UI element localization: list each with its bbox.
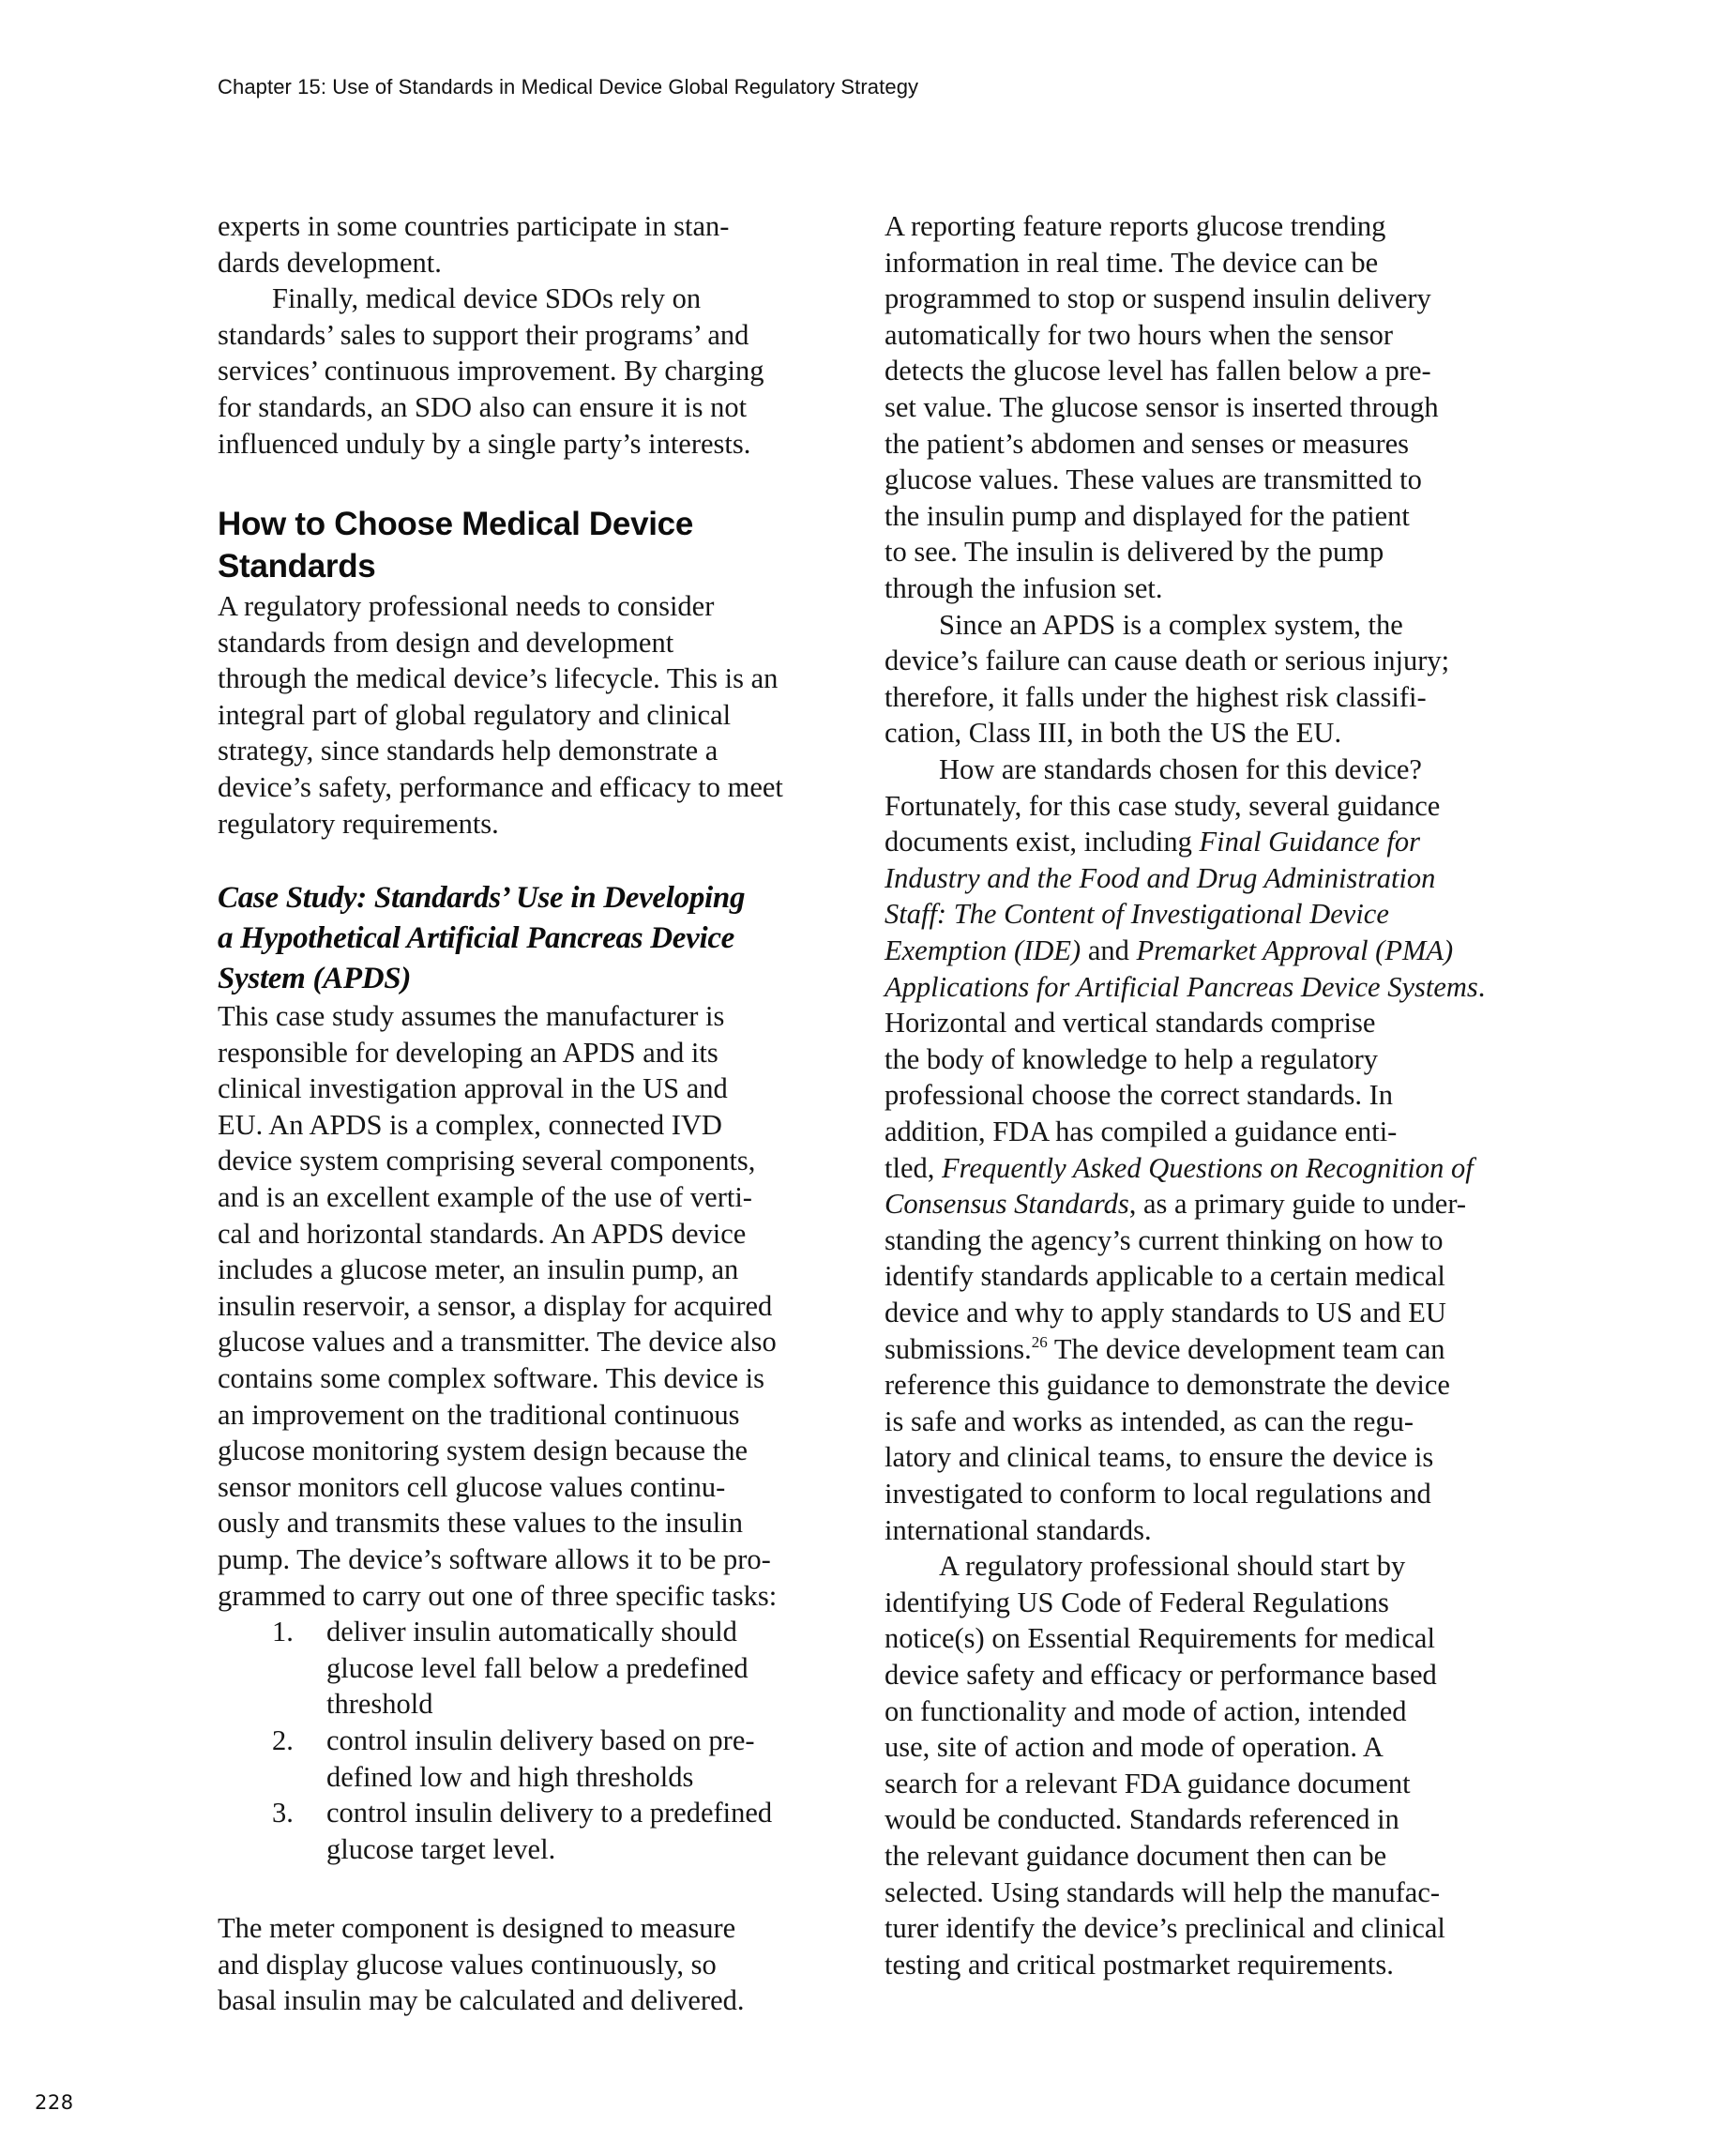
page-number: 228: [35, 2091, 74, 2114]
text-line: How are standards chosen for this device…: [939, 752, 1422, 788]
text-line: automatically for two hours when the sen…: [885, 317, 1393, 354]
heading-line: How to Choose Medical Device: [218, 503, 693, 545]
text-line: control insulin delivery based on pre-: [326, 1723, 755, 1759]
text-line: Since an APDS is a complex system, the: [939, 607, 1403, 644]
text-line: threshold: [326, 1686, 433, 1723]
text-line: standards’ sales to support their progra…: [218, 317, 749, 354]
guidance-title-italic: Consensus Standards: [885, 1188, 1129, 1220]
guidance-title-italic: Staff: The Content of Investigational De…: [885, 896, 1389, 933]
guidance-title-italic: Final Guidance for: [1199, 826, 1420, 858]
text-line: device’s safety, performance and efficac…: [218, 769, 783, 806]
text-line: regulatory requirements.: [218, 806, 499, 843]
text-line: includes a glucose meter, an insulin pum…: [218, 1252, 738, 1288]
guidance-title-italic: Frequently Asked Questions on Recognitio…: [942, 1152, 1474, 1184]
text-line: cation, Class III, in both the US the EU…: [885, 715, 1341, 752]
text-line: Horizontal and vertical standards compri…: [885, 1005, 1375, 1041]
text-line: notice(s) on Essential Requirements for …: [885, 1620, 1435, 1657]
text-line: basal insulin may be calculated and deli…: [218, 1982, 745, 2019]
guidance-title-italic: Premarket Approval (PMA): [1136, 934, 1453, 966]
text-line: device safety and efficacy or performanc…: [885, 1657, 1437, 1693]
text-line: identifying US Code of Federal Regulatio…: [885, 1585, 1389, 1621]
guidance-title-italic: Applications for Artificial Pancreas Dev…: [885, 971, 1478, 1003]
guidance-title-italic: Industry and the Food and Drug Administr…: [885, 860, 1435, 897]
text-line: would be conducted. Standards referenced…: [885, 1801, 1399, 1838]
text-line: turer identify the device’s preclinical …: [885, 1910, 1445, 1947]
text-line: insulin reservoir, a sensor, a display f…: [218, 1288, 772, 1325]
text-line: The meter component is designed to measu…: [218, 1910, 735, 1947]
text-line: the insulin pump and displayed for the p…: [885, 498, 1410, 535]
text-run: tled,: [885, 1152, 942, 1184]
text-line: device system comprising several compone…: [218, 1143, 755, 1179]
text-line: documents exist, including Final Guidanc…: [885, 824, 1420, 860]
text-line: dards development.: [218, 245, 442, 281]
text-line: control insulin delivery to a predefined: [326, 1795, 772, 1831]
text-line: and is an excellent example of the use o…: [218, 1179, 752, 1216]
text-line: device and why to apply standards to US …: [885, 1295, 1446, 1331]
list-number: 3.: [272, 1795, 294, 1831]
text-line: cal and horizontal standards. An APDS de…: [218, 1216, 746, 1253]
text-line: glucose target level.: [326, 1831, 555, 1868]
text-line: glucose level fall below a predefined: [326, 1650, 749, 1687]
footnote-reference[interactable]: 26: [1032, 1333, 1048, 1351]
text-line: defined low and high thresholds: [326, 1759, 693, 1796]
text-line: ously and transmits these values to the …: [218, 1505, 743, 1541]
text-line: experts in some countries participate in…: [218, 208, 729, 245]
text-line: for standards, an SDO also can ensure it…: [218, 389, 747, 426]
text-line: clinical investigation approval in the U…: [218, 1070, 728, 1107]
list-number: 2.: [272, 1723, 294, 1759]
text-line: addition, FDA has compiled a guidance en…: [885, 1114, 1397, 1150]
text-line: device’s failure can cause death or seri…: [885, 643, 1449, 679]
text-line: identify standards applicable to a certa…: [885, 1258, 1445, 1295]
heading-line: Case Study: Standards’ Use in Developing: [218, 878, 745, 919]
text-run: and: [1081, 934, 1136, 966]
text-line: is safe and works as intended, as can th…: [885, 1404, 1414, 1440]
text-run: documents exist, including: [885, 826, 1199, 858]
text-line: glucose values. These values are transmi…: [885, 462, 1422, 498]
text-line: reference this guidance to demonstrate t…: [885, 1367, 1450, 1404]
text-line: standards from design and development: [218, 625, 673, 661]
text-line: search for a relevant FDA guidance docum…: [885, 1766, 1411, 1802]
text-line: responsible for developing an APDS and i…: [218, 1035, 718, 1071]
text-run: submissions.: [885, 1333, 1032, 1365]
text-line: to see. The insulin is delivered by the …: [885, 534, 1384, 570]
text-line: strategy, since standards help demonstra…: [218, 733, 718, 769]
text-line: professional choose the correct standard…: [885, 1077, 1393, 1114]
text-line: testing and critical postmarket requirem…: [885, 1947, 1394, 1983]
text-run: .: [1478, 971, 1486, 1003]
text-line: latory and clinical teams, to ensure the…: [885, 1439, 1433, 1476]
heading-line: System (APDS): [218, 959, 411, 999]
running-head: Chapter 15: Use of Standards in Medical …: [218, 75, 918, 99]
text-line: submissions.26 The device development te…: [885, 1331, 1445, 1368]
text-line: EU. An APDS is a complex, connected IVD: [218, 1107, 722, 1144]
text-run: , as a primary guide to under-: [1129, 1188, 1466, 1220]
text-line: investigated to conform to local regulat…: [885, 1476, 1431, 1512]
text-line: international standards.: [885, 1512, 1152, 1549]
text-line: contains some complex software. This dev…: [218, 1360, 764, 1397]
text-line: the relevant guidance document then can …: [885, 1838, 1386, 1875]
text-line: Consensus Standards, as a primary guide …: [885, 1186, 1466, 1222]
text-line: Applications for Artificial Pancreas Dev…: [885, 969, 1485, 1006]
text-line: on functionality and mode of action, int…: [885, 1693, 1406, 1730]
text-line: an improvement on the traditional contin…: [218, 1397, 740, 1434]
text-line: tled, Frequently Asked Questions on Reco…: [885, 1150, 1474, 1187]
text-line: grammed to carry out one of three specif…: [218, 1578, 777, 1615]
text-line: selected. Using standards will help the …: [885, 1875, 1440, 1911]
text-line: use, site of action and mode of operatio…: [885, 1729, 1384, 1766]
text-run: The device development team can: [1048, 1333, 1445, 1365]
guidance-title-italic: Exemption (IDE): [885, 934, 1081, 966]
text-line: services’ continuous improvement. By cha…: [218, 353, 764, 389]
text-line: A reporting feature reports glucose tren…: [885, 208, 1385, 245]
text-line: therefore, it falls under the highest ri…: [885, 679, 1427, 716]
text-line: This case study assumes the manufacturer…: [218, 998, 724, 1035]
text-line: standing the agency’s current thinking o…: [885, 1222, 1443, 1259]
text-line: programmed to stop or suspend insulin de…: [885, 281, 1431, 317]
text-line: Fortunately, for this case study, severa…: [885, 788, 1440, 825]
text-line: and display glucose values continuously,…: [218, 1947, 717, 1983]
heading-line: Standards: [218, 545, 375, 587]
text-line: information in real time. The device can…: [885, 245, 1378, 281]
list-number: 1.: [272, 1614, 294, 1650]
text-line: deliver insulin automatically should: [326, 1614, 737, 1650]
text-line: glucose values and a transmitter. The de…: [218, 1324, 777, 1360]
text-line: glucose monitoring system design because…: [218, 1433, 748, 1469]
text-line: A regulatory professional needs to consi…: [218, 588, 714, 625]
text-line: the body of knowledge to help a regulato…: [885, 1041, 1378, 1078]
text-line: sensor monitors cell glucose values cont…: [218, 1469, 725, 1506]
text-line: Finally, medical device SDOs rely on: [272, 281, 701, 317]
text-line: integral part of global regulatory and c…: [218, 697, 731, 734]
text-line: through the infusion set.: [885, 570, 1163, 607]
text-line: Exemption (IDE) and Premarket Approval (…: [885, 933, 1453, 969]
document-page: Chapter 15: Use of Standards in Medical …: [0, 0, 1724, 2156]
text-line: A regulatory professional should start b…: [939, 1548, 1405, 1585]
text-line: the patient’s abdomen and senses or meas…: [885, 426, 1409, 463]
text-line: detects the glucose level has fallen bel…: [885, 353, 1431, 389]
text-line: set value. The glucose sensor is inserte…: [885, 389, 1439, 426]
text-line: influenced unduly by a single party’s in…: [218, 426, 750, 463]
text-line: pump. The device’s software allows it to…: [218, 1541, 771, 1578]
text-line: through the medical device’s lifecycle. …: [218, 660, 778, 697]
heading-line: a Hypothetical Artificial Pancreas Devic…: [218, 919, 734, 959]
